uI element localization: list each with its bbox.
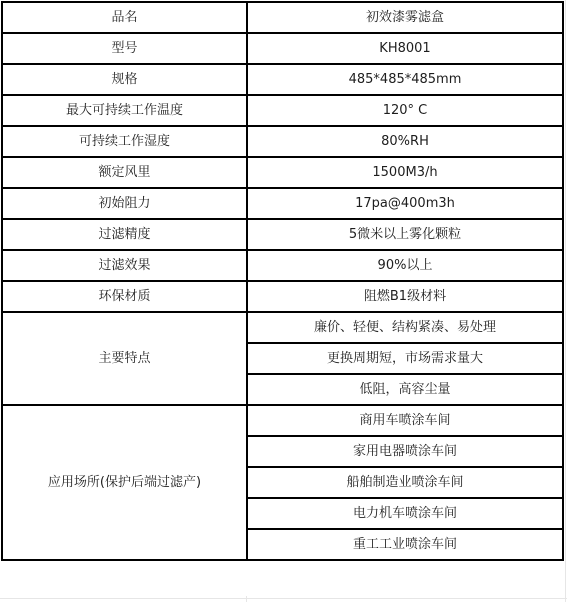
application-value: 商用车喷涂车间 [247,405,563,436]
row-label: 初始阻力 [2,188,247,219]
sheet-gridline [565,0,566,602]
row-label: 环保材质 [2,281,247,312]
row-value: 90%以上 [247,250,563,281]
features-label: 主要特点 [2,312,247,405]
row-value: 485*485*485mm [247,64,563,95]
row-value: 120° C [247,95,563,126]
feature-value: 更换周期短，市场需求量大 [247,343,563,374]
table-row-features: 主要特点 廉价、轻便、结构紧凑、易处理 [2,312,563,343]
application-value: 重工工业喷涂车间 [247,529,563,560]
table-row: 环保材质 阻燃B1级材料 [2,281,563,312]
row-value: 阻燃B1级材料 [247,281,563,312]
table-row: 最大可持续工作温度 120° C [2,95,563,126]
row-label: 品名 [2,2,247,33]
sheet-gridline [246,596,247,602]
table-row: 初始阻力 17pa@400m3h [2,188,563,219]
table-row: 可持续工作湿度 80%RH [2,126,563,157]
row-value: 80%RH [247,126,563,157]
feature-value: 低阻，高容尘量 [247,374,563,405]
table-row: 额定风里 1500M3/h [2,157,563,188]
row-label: 过滤效果 [2,250,247,281]
spec-table: 品名 初效漆雾滤盒 型号 KH8001 规格 485*485*485mm 最大可… [1,1,564,561]
row-label: 型号 [2,33,247,64]
row-label: 可持续工作湿度 [2,126,247,157]
table-row: 过滤效果 90%以上 [2,250,563,281]
row-label: 额定风里 [2,157,247,188]
applications-label: 应用场所(保护后端过滤产) [2,405,247,560]
row-label: 规格 [2,64,247,95]
row-value: 5微米以上雾化颗粒 [247,219,563,250]
row-value: KH8001 [247,33,563,64]
table-row: 品名 初效漆雾滤盒 [2,2,563,33]
row-label: 最大可持续工作温度 [2,95,247,126]
application-value: 家用电器喷涂车间 [247,436,563,467]
table-row: 过滤精度 5微米以上雾化颗粒 [2,219,563,250]
row-value: 17pa@400m3h [247,188,563,219]
table-row-applications: 应用场所(保护后端过滤产) 商用车喷涂车间 [2,405,563,436]
row-value: 1500M3/h [247,157,563,188]
table-row: 规格 485*485*485mm [2,64,563,95]
feature-value: 廉价、轻便、结构紧凑、易处理 [247,312,563,343]
row-label: 过滤精度 [2,219,247,250]
application-value: 船舶制造业喷涂车间 [247,467,563,498]
table-row: 型号 KH8001 [2,33,563,64]
sheet-gridline [0,598,567,599]
row-value: 初效漆雾滤盒 [247,2,563,33]
application-value: 电力机车喷涂车间 [247,498,563,529]
